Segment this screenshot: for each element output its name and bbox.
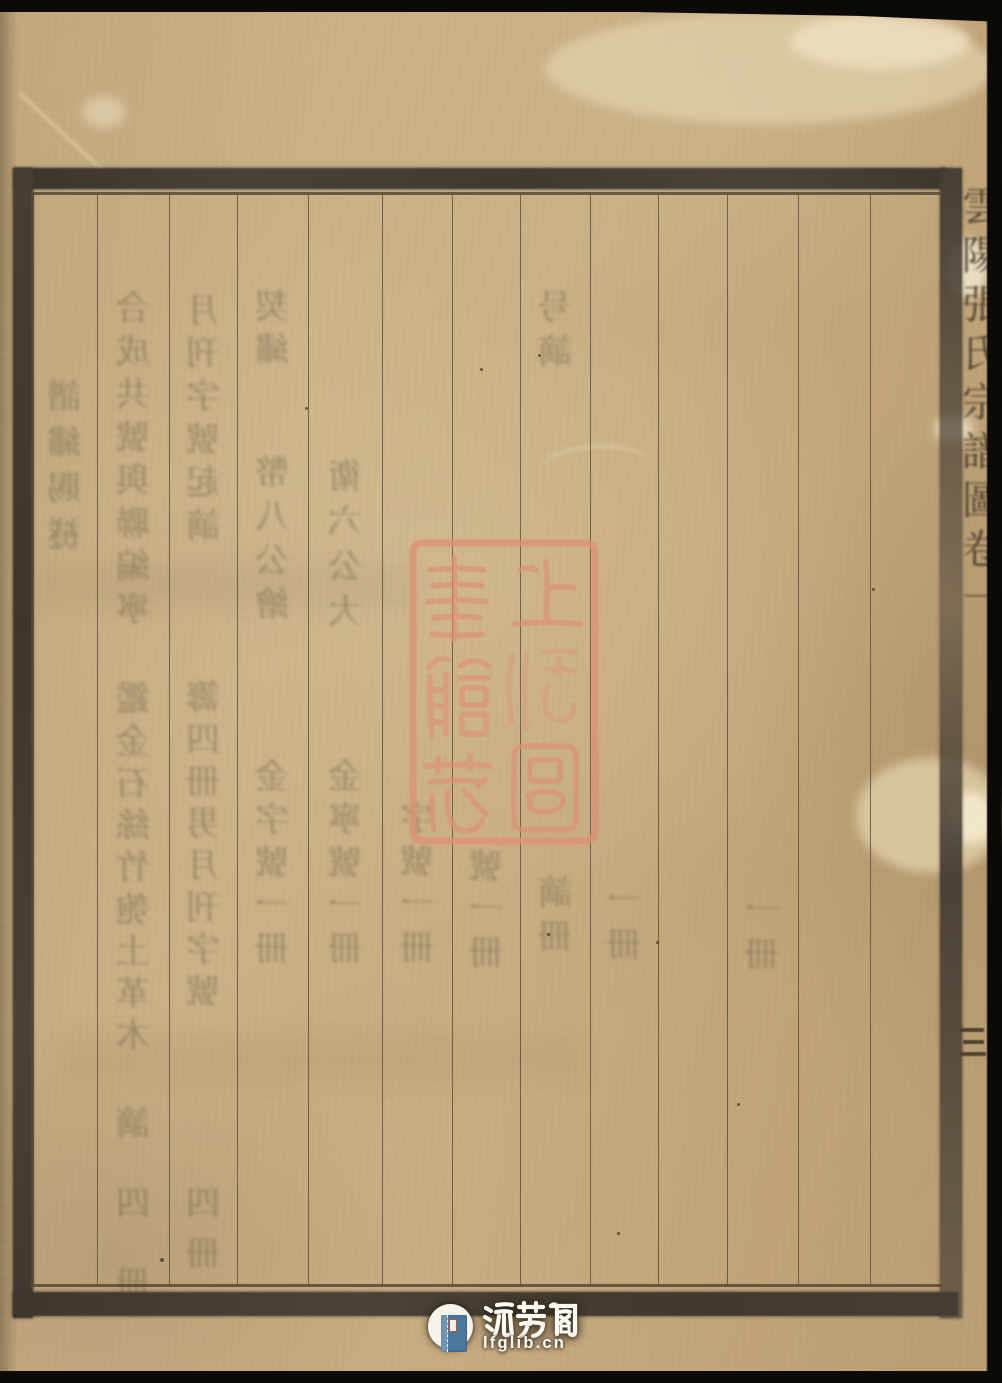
column-line <box>798 195 799 1286</box>
ghost-character: 刊 <box>183 888 223 930</box>
ghost-character: 一 <box>252 885 292 928</box>
ink-speck <box>538 354 541 357</box>
ghost-character: 冊 <box>183 1230 223 1280</box>
seal-char-shu <box>428 558 486 640</box>
library-seal: 上海圖書館藏 <box>408 538 600 851</box>
book-stitch-binding <box>441 1315 448 1352</box>
frame-left-inner-line <box>31 194 34 1286</box>
watermark-logo-circle <box>428 1304 473 1349</box>
ghost-character: 字 <box>183 376 223 419</box>
frame-top-band <box>14 168 946 189</box>
ghost-character: 一 <box>397 884 437 927</box>
frame-left-band <box>13 168 33 1318</box>
ghost-character: 字 <box>252 799 292 842</box>
ghost-character: 金 <box>325 756 365 799</box>
ghost-text-column: 號一冊 <box>466 846 506 975</box>
ghost-character: 號 <box>252 842 292 885</box>
ink-speck <box>480 368 483 371</box>
ghost-character: 與 <box>113 460 153 503</box>
ghost-character: 編 <box>113 546 153 589</box>
ghost-character: 繡 <box>252 329 292 372</box>
column-line <box>870 195 871 1286</box>
ghost-character: 號 <box>466 846 506 889</box>
ghost-text-column: 号謫 <box>535 287 575 375</box>
ghost-character: 聯 <box>113 503 153 546</box>
ghost-text-column: 籌四冊男月刊字號 <box>183 678 223 1014</box>
ghost-character: 冊 <box>535 916 575 960</box>
ghost-text-column: 幣八公繪 <box>252 452 292 628</box>
ghost-character: 月 <box>183 290 223 333</box>
ghost-character: 字 <box>183 930 223 972</box>
ghost-text-column: 合成共號與聯編寧 <box>113 288 153 632</box>
seal-char-hai <box>509 651 576 728</box>
ghost-character: 号 <box>535 287 575 331</box>
paper-damage-patch <box>790 14 970 69</box>
ghost-character: 衛 <box>325 455 365 500</box>
ghost-character: 一 <box>742 890 782 934</box>
frame-right-band <box>940 168 962 1318</box>
frame-bottom-inner-line <box>30 1284 942 1287</box>
ghost-character: 一 <box>325 885 365 928</box>
ghost-character: 籌 <box>183 678 223 720</box>
ghost-text-column: 一冊 <box>604 880 644 968</box>
ghost-character: 契 <box>252 286 292 329</box>
ghost-character: 木 <box>113 1016 153 1058</box>
ghost-character: 號 <box>113 417 153 460</box>
ghost-character: 謫 <box>535 872 575 916</box>
ghost-character: 謫 <box>183 505 223 548</box>
ghost-text-column: 金字號一冊 <box>252 756 292 971</box>
ink-speck <box>737 1103 740 1106</box>
ghost-character: 共 <box>113 374 153 417</box>
ghost-character: 絲 <box>113 806 153 848</box>
ghost-character: 月 <box>183 846 223 888</box>
ghost-character: 大 <box>325 590 365 635</box>
column-line <box>382 195 383 1286</box>
ghost-character: 冊 <box>183 762 223 804</box>
seal-char-guan <box>428 659 488 736</box>
ghost-character: 公 <box>252 540 292 584</box>
ghost-character: 一 <box>466 889 506 932</box>
column-line <box>237 195 238 1286</box>
ghost-character: 一 <box>604 880 644 924</box>
folio-page-number: 三 <box>960 1028 987 1064</box>
ghost-character: 謫 <box>535 331 575 375</box>
ghost-character: 男 <box>183 804 223 846</box>
ghost-character: 冊 <box>466 932 506 975</box>
ghost-character: 幣 <box>252 452 292 496</box>
book-title-label <box>449 1319 457 1332</box>
column-line <box>727 195 728 1286</box>
ghost-character: 四 <box>113 1165 153 1245</box>
ghost-character: 繪 <box>252 584 292 628</box>
ghost-character: 石 <box>113 764 153 806</box>
seal-char-shang <box>514 562 580 624</box>
ghost-text-column: 謫冊 <box>535 872 575 960</box>
ghost-character: 刊 <box>183 333 223 376</box>
ghost-character: 號 <box>183 972 223 1014</box>
ghost-character: 寧 <box>113 589 153 632</box>
lfglib-watermark: 流芳阁 lf <box>424 1297 594 1359</box>
ghost-character: 號 <box>183 419 223 462</box>
ghost-character: 革 <box>113 974 153 1016</box>
ghost-text-column: 衛六公大 <box>325 455 365 635</box>
ghost-character: 土 <box>113 932 153 974</box>
ghost-character: 金 <box>113 722 153 764</box>
ghost-character: 鑑 <box>113 680 153 722</box>
ghost-character: 冊 <box>742 934 782 978</box>
scanned-page: 譜繡賜襚合成共號與聯編寧鑑金石絲竹匏土革木謫四冊月刊字號起謫籌四冊男月刊字號四冊… <box>0 0 1002 1383</box>
ghost-text-column: 四冊 <box>183 1180 223 1280</box>
column-line <box>308 195 309 1286</box>
ghost-character: 冊 <box>397 927 437 970</box>
ink-speck <box>160 1258 164 1262</box>
ghost-character: 譜 <box>44 375 84 421</box>
ghost-text-column: 謫四冊 <box>113 1085 153 1325</box>
ink-speck <box>656 941 659 944</box>
frame-top-inner-line <box>30 192 942 195</box>
ink-speck <box>617 1232 620 1235</box>
ghost-character: 金 <box>252 756 292 799</box>
ghost-character: 起 <box>183 462 223 505</box>
ink-speck <box>872 588 875 591</box>
book-icon <box>441 1315 467 1352</box>
seal-char-cang <box>426 756 490 831</box>
ghost-character: 四 <box>183 720 223 762</box>
ink-speck <box>547 933 550 936</box>
paper-wear-spot <box>82 96 126 128</box>
seal-char-tu <box>514 746 576 830</box>
column-line <box>169 195 170 1286</box>
ghost-character: 匏 <box>113 890 153 932</box>
ghost-text-column: 一冊 <box>742 890 782 978</box>
ghost-character: 八 <box>252 496 292 540</box>
ghost-character: 號 <box>325 842 365 885</box>
ghost-text-column: 月刊字號起謫 <box>183 290 223 548</box>
ghost-character: 冊 <box>252 928 292 971</box>
frame-outer-faint-line <box>30 162 930 165</box>
ghost-character: 謫 <box>113 1085 153 1165</box>
ghost-character: 公 <box>325 545 365 590</box>
ghost-character: 合 <box>113 288 153 331</box>
ghost-text-column: 譜繡賜襚 <box>44 375 84 559</box>
ghost-text-column: 金寧號一冊 <box>325 756 365 971</box>
ink-speck <box>305 407 308 410</box>
ghost-character: 冊 <box>325 928 365 971</box>
ghost-character: 襚 <box>44 513 84 559</box>
ghost-character: 冊 <box>604 924 644 968</box>
ghost-character: 四 <box>183 1180 223 1230</box>
column-line <box>658 195 659 1286</box>
scan-edge-bottom <box>0 1371 1002 1383</box>
ghost-character: 寧 <box>325 799 365 842</box>
watermark-site-url: lfglib.cn <box>483 1334 566 1353</box>
column-line <box>97 195 98 1286</box>
ghost-character: 成 <box>113 331 153 374</box>
scan-edge-right <box>987 0 1002 1383</box>
ghost-character: 六 <box>325 500 365 545</box>
ghost-character: 竹 <box>113 848 153 890</box>
ghost-character: 繡 <box>44 421 84 467</box>
ghost-text-column: 契繡 <box>252 286 292 372</box>
ghost-character: 賜 <box>44 467 84 513</box>
ghost-text-column: 鑑金石絲竹匏土革木 <box>113 680 153 1058</box>
